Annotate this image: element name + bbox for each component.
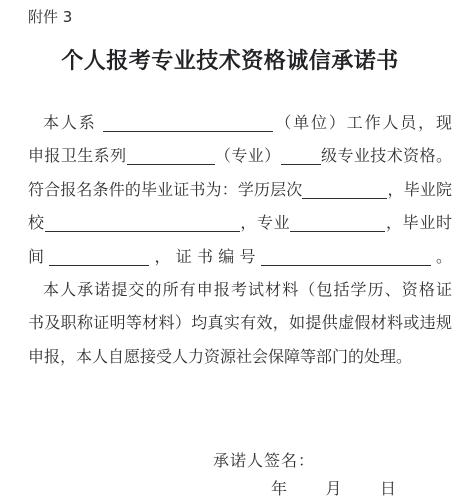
date-row: 年 月 日 xyxy=(271,476,396,499)
blank-fill-line xyxy=(127,152,215,165)
text-run: ，专业 xyxy=(240,213,291,232)
date-label-month: 月 xyxy=(325,476,341,499)
text-run: 间 xyxy=(28,247,49,266)
body-line: 本人系 （单位）工作人员，现 xyxy=(28,106,452,139)
body-line: 间，证书编号。 xyxy=(28,240,452,273)
signature-label: 承诺人签名： xyxy=(213,451,315,470)
blank-fill-line xyxy=(281,152,321,165)
text-run: 符合报名条件的毕业证书为：学历层次 xyxy=(28,180,302,199)
attachment-label: 附件 3 xyxy=(28,6,72,27)
text-run: ，毕业时 xyxy=(385,213,452,232)
text-run: 本人系 xyxy=(43,113,103,132)
text-run: （单位）工作人员，现 xyxy=(273,113,452,132)
text-run: 书及职称证明等材料）均真实有效，如提供虚假材料或违规 xyxy=(28,313,452,332)
text-run: 校 xyxy=(28,213,45,232)
blank-fill-line xyxy=(261,253,431,266)
body-line: 符合报名条件的毕业证书为：学历层次，毕业院 xyxy=(28,173,452,206)
body-line: 申报卫生系列（专业）级专业技术资格。 xyxy=(28,139,452,172)
blank-fill-line xyxy=(290,219,385,232)
text-run: 本人承诺提交的所有申报考试材料（包括学历、资格证 xyxy=(43,280,452,299)
document-title: 个人报考专业技术资格诚信承诺书 xyxy=(0,44,460,75)
blank-fill-line xyxy=(45,219,240,232)
body-line: 校，专业，毕业时 xyxy=(28,206,452,239)
text-run: 申报卫生系列 xyxy=(28,146,127,165)
signature-row: 承诺人签名： xyxy=(213,448,315,471)
blank-fill-line xyxy=(49,253,149,266)
document-body: 本人系 （单位）工作人员，现申报卫生系列（专业）级专业技术资格。符合报名条件的毕… xyxy=(28,106,452,373)
text-run: ，证书编号 xyxy=(149,247,260,266)
text-run: 级专业技术资格。 xyxy=(321,146,452,165)
body-line: 申报，本人自愿接受人力资源社会保障等部门的处理。 xyxy=(28,340,452,373)
text-run: ，毕业院 xyxy=(387,180,452,199)
text-run: （专业） xyxy=(215,146,281,165)
text-run: 。 xyxy=(431,247,452,266)
blank-fill-line xyxy=(103,119,273,132)
body-line: 书及职称证明等材料）均真实有效，如提供虚假材料或违规 xyxy=(28,306,452,339)
date-label-year: 年 xyxy=(271,476,287,499)
body-line: 本人承诺提交的所有申报考试材料（包括学历、资格证 xyxy=(28,273,452,306)
document-page: 附件 3 个人报考专业技术资格诚信承诺书 本人系 （单位）工作人员，现申报卫生系… xyxy=(0,0,460,502)
date-label-day: 日 xyxy=(380,476,396,499)
blank-fill-line xyxy=(302,186,387,199)
text-run: 申报，本人自愿接受人力资源社会保障等部门的处理。 xyxy=(28,347,412,366)
